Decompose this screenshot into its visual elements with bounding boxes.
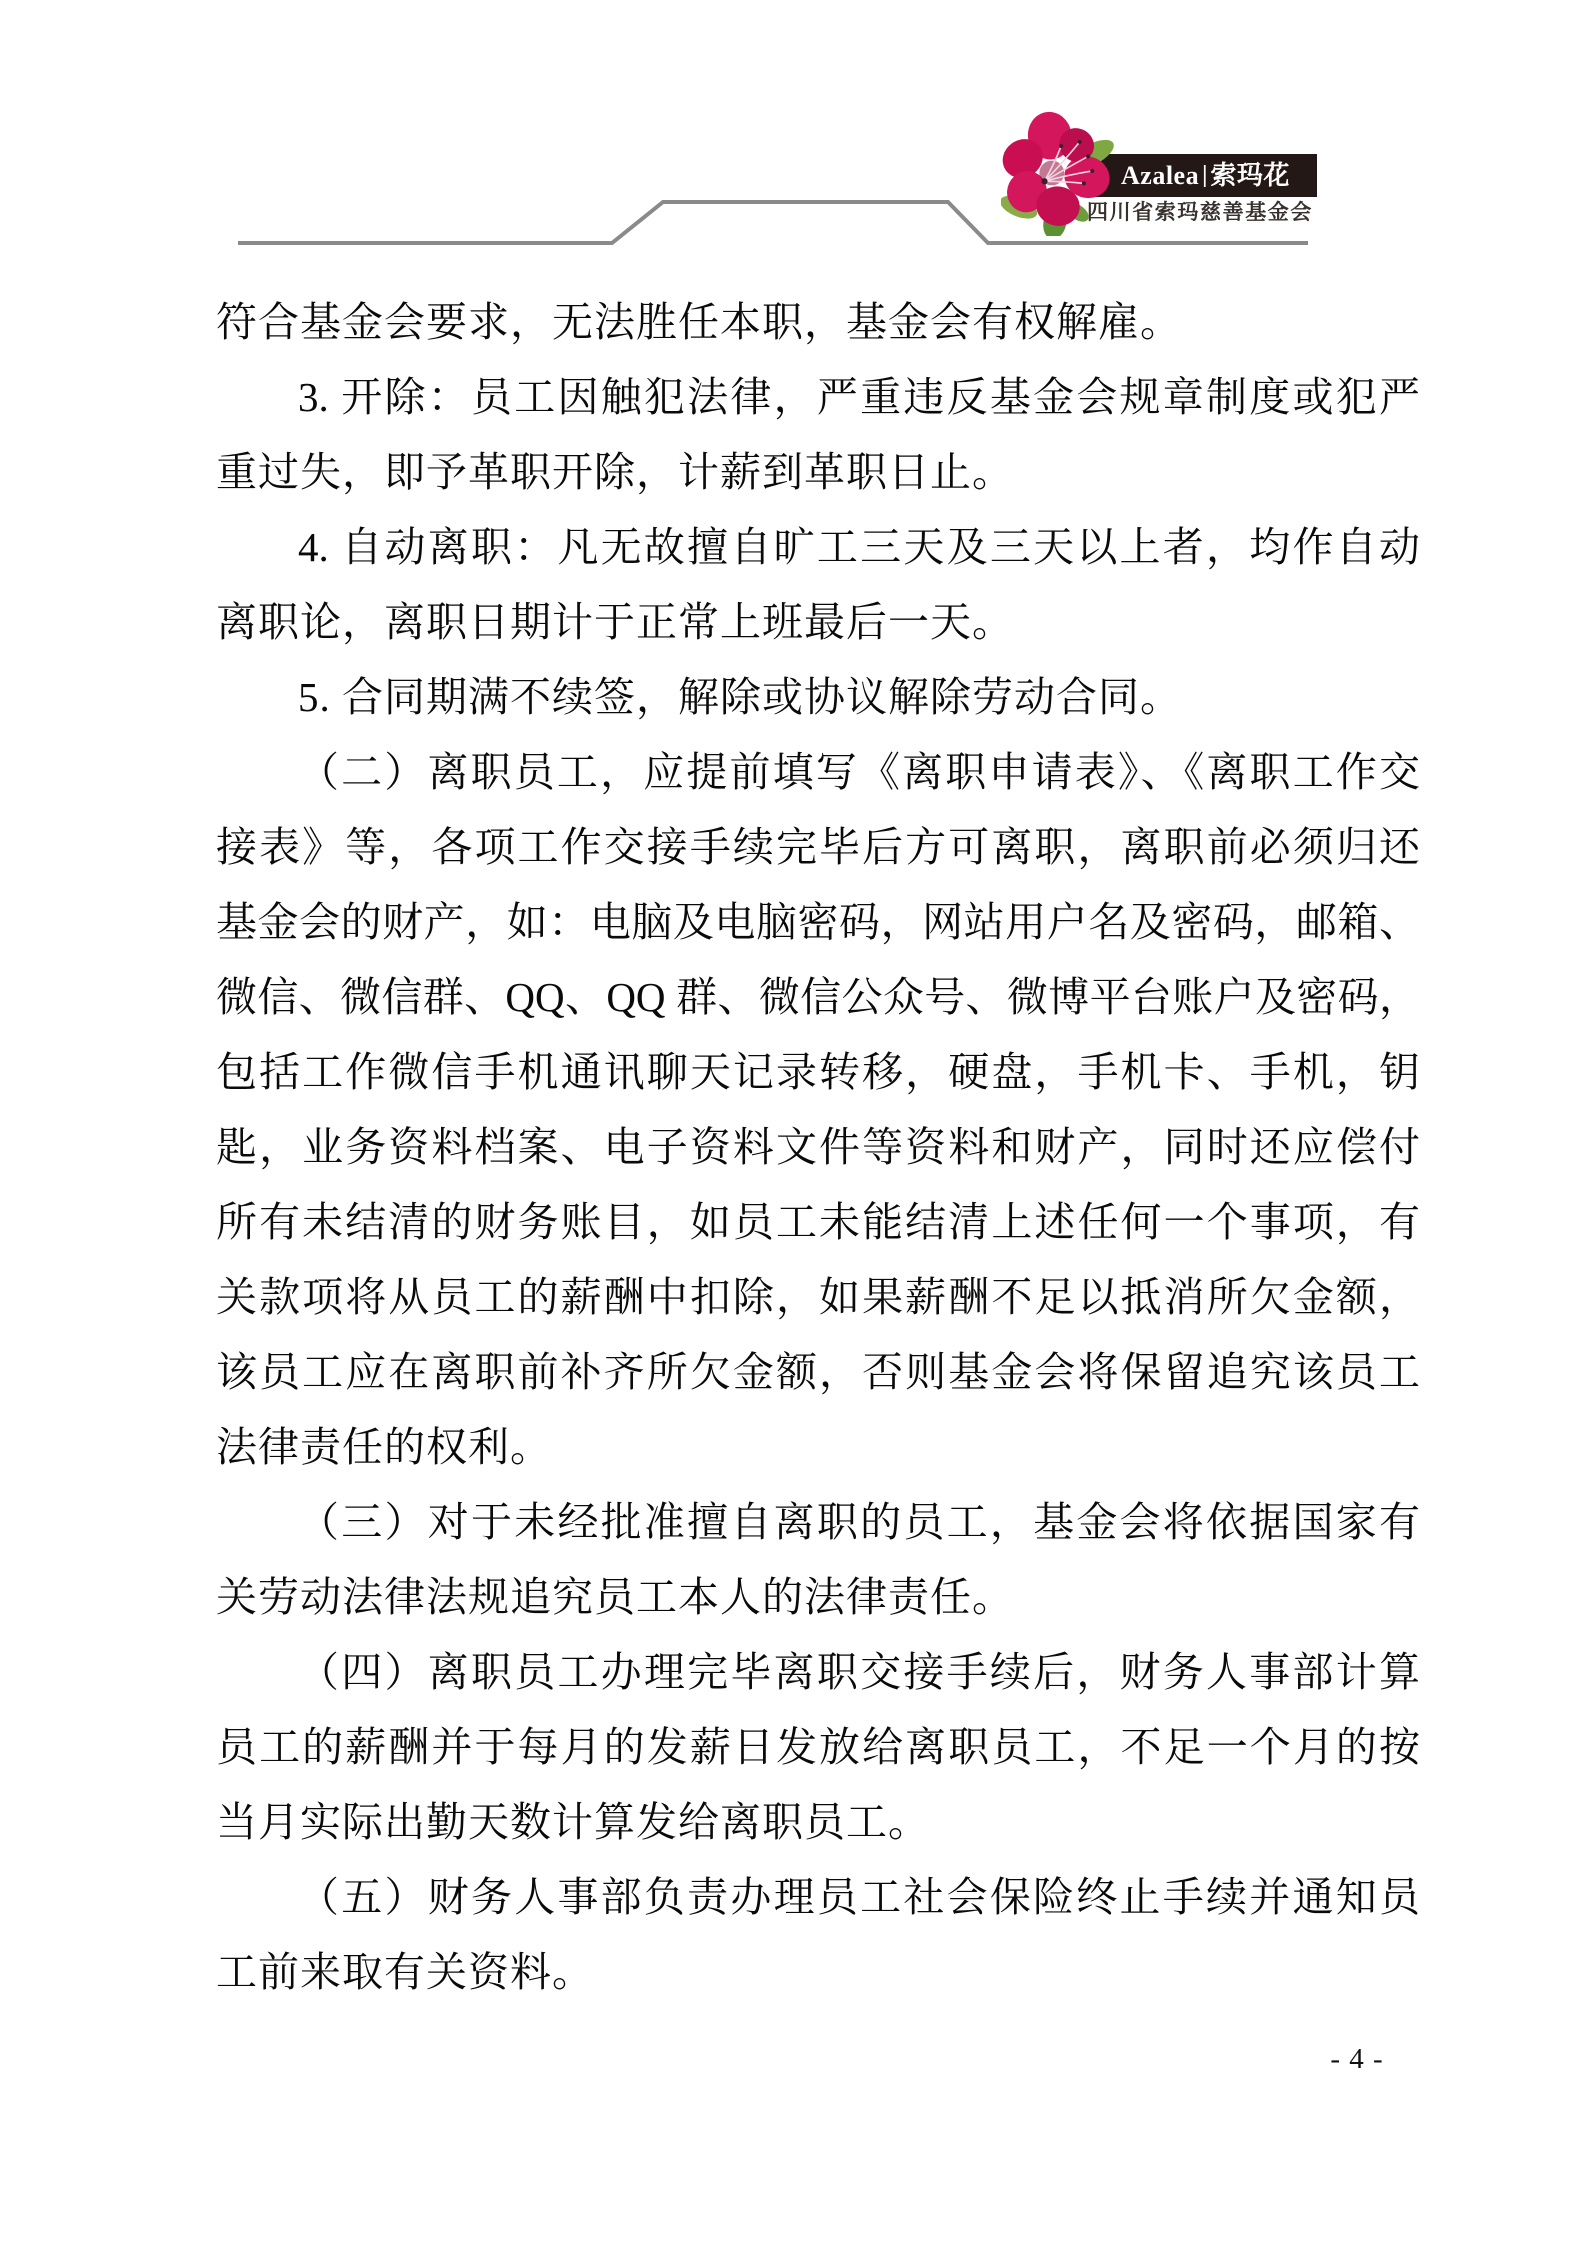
logo-org-name: 四川省索玛慈善基金会 [1087,198,1319,226]
body-text-line: 包括工作微信手机通讯聊天记录转移，硬盘，手机卡、手机，钥 [216,1035,1420,1110]
logo-brand-cn: 索玛花 [1210,154,1290,197]
body-text-line: 当月实际出勤天数计算发给离职员工。 [216,1785,1420,1860]
body-text-line: 符合基金会要求，无法胜任本职，基金会有权解雇。 [216,285,1420,360]
body-text-line: 接表》等，各项工作交接手续完毕后方可离职，离职前必须归还 [216,810,1420,885]
azalea-flower-icon [1001,110,1115,236]
body-text-line: 所有未结清的财务账目，如员工未能结清上述任何一个事项，有 [216,1185,1420,1260]
logo-wordmark-box: Azalea|索玛花 [1085,154,1317,197]
document-page: Azalea|索玛花 四川省索玛慈善基金会 符合基金会要求 [0,0,1587,2245]
logo-brand-en: Azalea [1121,154,1199,197]
body-text-line: （三）对于未经批准擅自离职的员工，基金会将依据国家有 [216,1485,1420,1560]
page-number: - 4 - [1312,2038,1402,2080]
body-text-line: （五）财务人事部负责办理员工社会保险终止手续并通知员 [216,1860,1420,1935]
body-text-line: 匙，业务资料档案、电子资料文件等资料和财产，同时还应偿付 [216,1110,1420,1185]
body-text-line: 微信、微信群、QQ、QQ 群、微信公众号、微博平台账户及密码， [216,960,1420,1035]
body-text: 符合基金会要求，无法胜任本职，基金会有权解雇。3. 开除：员工因触犯法律，严重违… [216,285,1420,2010]
body-text-line: 法律责任的权利。 [216,1410,1420,1485]
body-text-line: 5. 合同期满不续签，解除或协议解除劳动合同。 [216,660,1420,735]
body-text-line: （四）离职员工办理完毕离职交接手续后，财务人事部计算 [216,1635,1420,1710]
logo-separator: | [1199,162,1210,189]
body-text-line: 关劳动法律法规追究员工本人的法律责任。 [216,1560,1420,1635]
body-text-line: 离职论，离职日期计于正常上班最后一天。 [216,585,1420,660]
body-text-line: 基金会的财产，如：电脑及电脑密码，网站用户名及密码，邮箱、 [216,885,1420,960]
body-text-line: 该员工应在离职前补齐所欠金额，否则基金会将保留追究该员工 [216,1335,1420,1410]
body-text-line: 员工的薪酬并于每月的发薪日发放给离职员工，不足一个月的按 [216,1710,1420,1785]
body-text-line: 4. 自动离职：凡无故擅自旷工三天及三天以上者，均作自动 [216,510,1420,585]
body-text-line: 重过失，即予革职开除，计薪到革职日止。 [216,435,1420,510]
body-text-line: 工前来取有关资料。 [216,1935,1420,2010]
header-rule [0,0,1587,280]
body-text-line: 3. 开除：员工因触犯法律，严重违反基金会规章制度或犯严 [216,360,1420,435]
body-text-line: 关款项将从员工的薪酬中扣除，如果薪酬不足以抵消所欠金额， [216,1260,1420,1335]
body-text-line: （二）离职员工，应提前填写《离职申请表》、《离职工作交 [216,735,1420,810]
